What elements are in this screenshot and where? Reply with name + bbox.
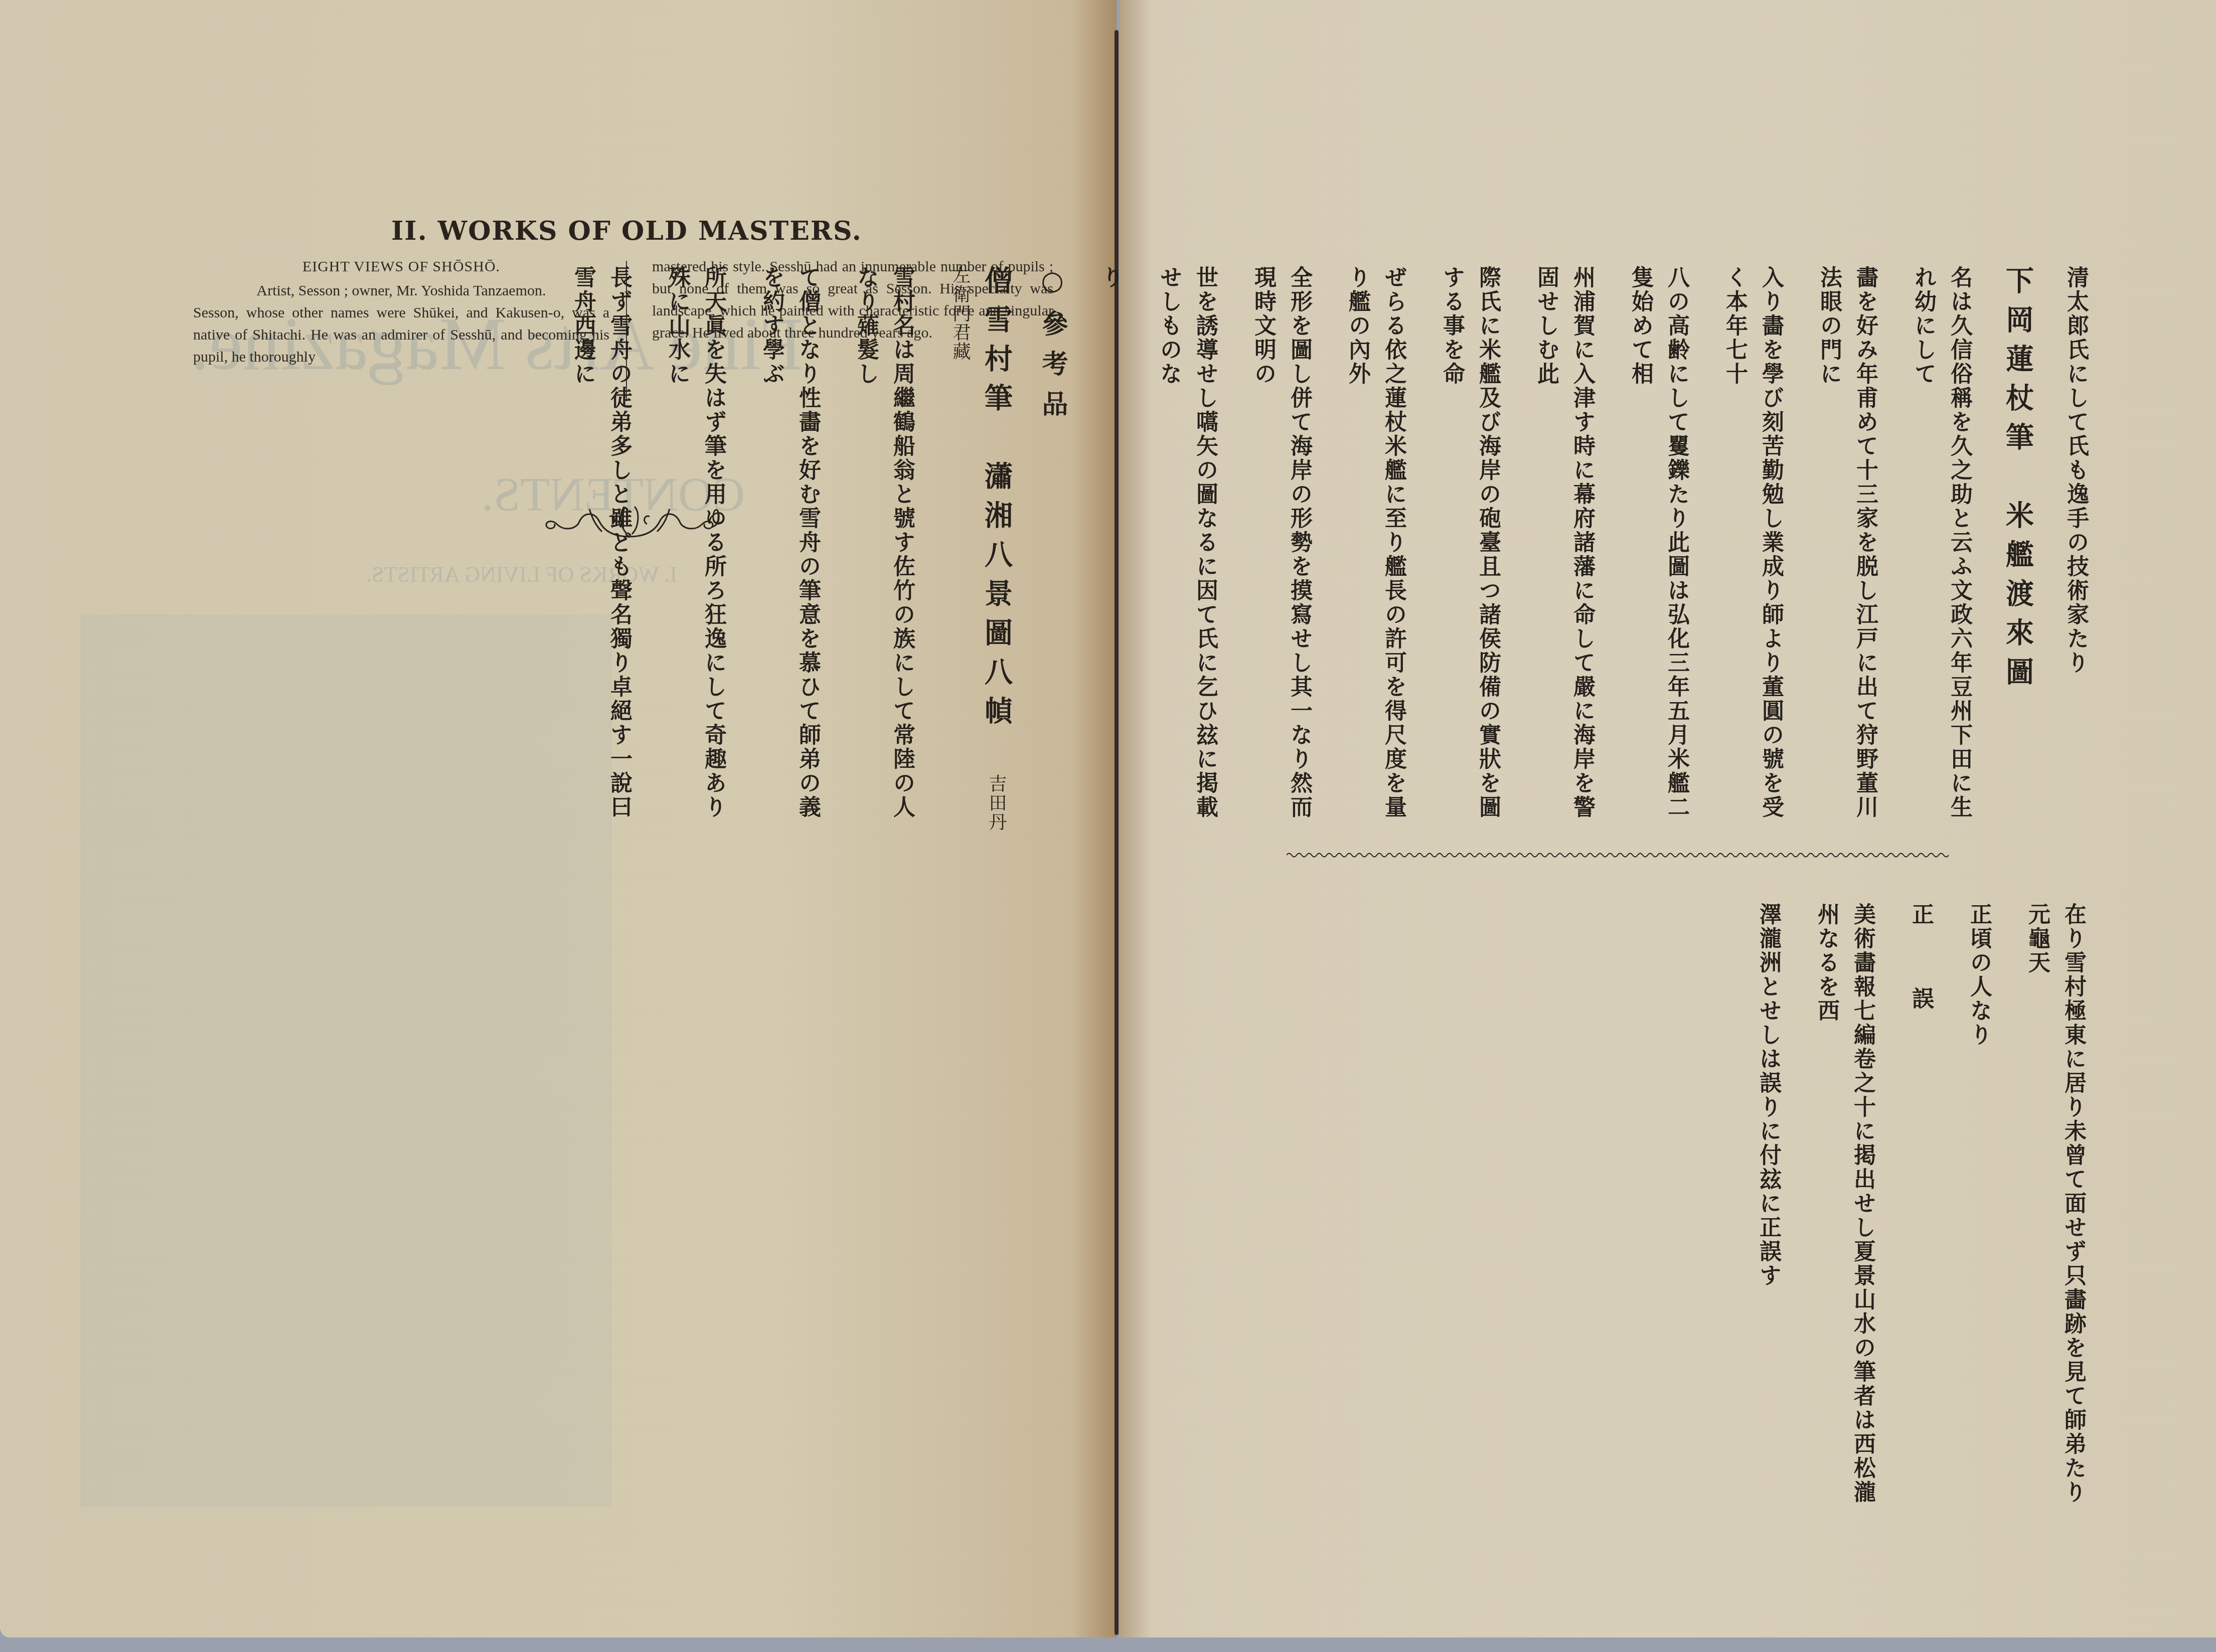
item2-line: て僧となり性畵を好む雪舟の筆意を慕ひて師弟の義を約す學ぶ	[753, 266, 826, 843]
continuation-line: 在り雪村極東に居り未曾て面せず只畵跡を見て師弟たり元龜天	[2019, 903, 2091, 1505]
item1-heading: 下岡蓮杖筆 米艦渡來圖	[1999, 266, 2035, 843]
errata-line: 美術畵報七編卷之十に掲出せし夏景山水の筆者は西松瀧州なるを西	[1808, 903, 1880, 1505]
item2-line: 雪村名は周繼鶴船翁と號す佐竹の族にして常陸の人なり薙髮し	[848, 266, 920, 843]
item1-line: 州浦賀に入津す時に幕府諸藩に命して嚴に海岸を警固せしむ此	[1528, 266, 1600, 843]
japanese-upper-block: 清太郎氏にして氏も逸手の技術家たり 下岡蓮杖筆 米艦渡來圖 名は久信俗稱を久之助…	[543, 266, 2116, 843]
item1-line: り	[1092, 266, 1129, 843]
book-spread: Fine Arts Magazine. CONTENTS. I. WORKS O…	[0, 0, 2216, 1652]
item1-line: 八の高齢にして矍鑠たり此圖は弘化三年五月米艦二隻始めて相	[1622, 266, 1694, 843]
item1-line: ぜらる依之蓮杖米艦に至り艦長の許可を得尺度を量り艦の內外	[1339, 266, 1411, 843]
item1-line: 全形を圖し併て海岸の形勢を摸寫せし其一なり然而現時文明の	[1245, 266, 1317, 843]
reference-items-heading: ○參考品	[1034, 266, 1070, 843]
errata-line: 澤瀧洲とせしは誤りに付玆に正誤す	[1750, 903, 1786, 1505]
wavy-rule-divider	[1287, 852, 1949, 859]
show-through-plate	[80, 614, 612, 1507]
item1-line: 際氏に米艦及び海岸の砲臺且つ諸侯防備の實狀を圖する事を命	[1434, 266, 1506, 843]
item2-line: 長ず雪舟の徒弟多しと雖ども聲名獨り卓絕す一說曰雪舟西邊に	[565, 266, 637, 843]
item1-line: 入り畵を學び刻苦勤勉し業成り師より董圓の號を受く本年七十	[1716, 266, 1789, 843]
item2-title: 僧雪村筆 瀟湘八景圖八幀	[980, 266, 1013, 735]
continuation-line: 清太郎氏にして氏も逸手の技術家たり	[2057, 266, 2094, 843]
item1-line: 世を誘導せし嚆矢の圖なるに因て氏に乞ひ玆に掲載せしものな	[1151, 266, 1223, 843]
item2-heading: 僧雪村筆 瀟湘八景圖八幀 吉田丹左衛門君藏	[942, 266, 1014, 843]
errata-title: 正 誤	[1903, 903, 1939, 1505]
item2-line: 所天眞を失はず筆を用ゆる所ろ狂逸にして奇趣あり殊に山水に	[659, 266, 731, 843]
continuation-line: 正頃の人なり	[1961, 903, 1997, 1505]
item1-line: 畵を好み年甫めて十三家を脱し江戸に出て狩野董川法眼の門に	[1811, 266, 1883, 843]
section-title: II. WORKS OF OLD MASTERS.	[391, 216, 862, 246]
japanese-lower-block: 在り雪村極東に居り未曾て面せず只畵跡を見て師弟たり元龜天 正頃の人なり 正 誤 …	[1728, 903, 2113, 1505]
item1-line: 名は久信俗稱を久之助と云ふ文政六年豆州下田に生れ幼にして	[1905, 266, 1977, 843]
